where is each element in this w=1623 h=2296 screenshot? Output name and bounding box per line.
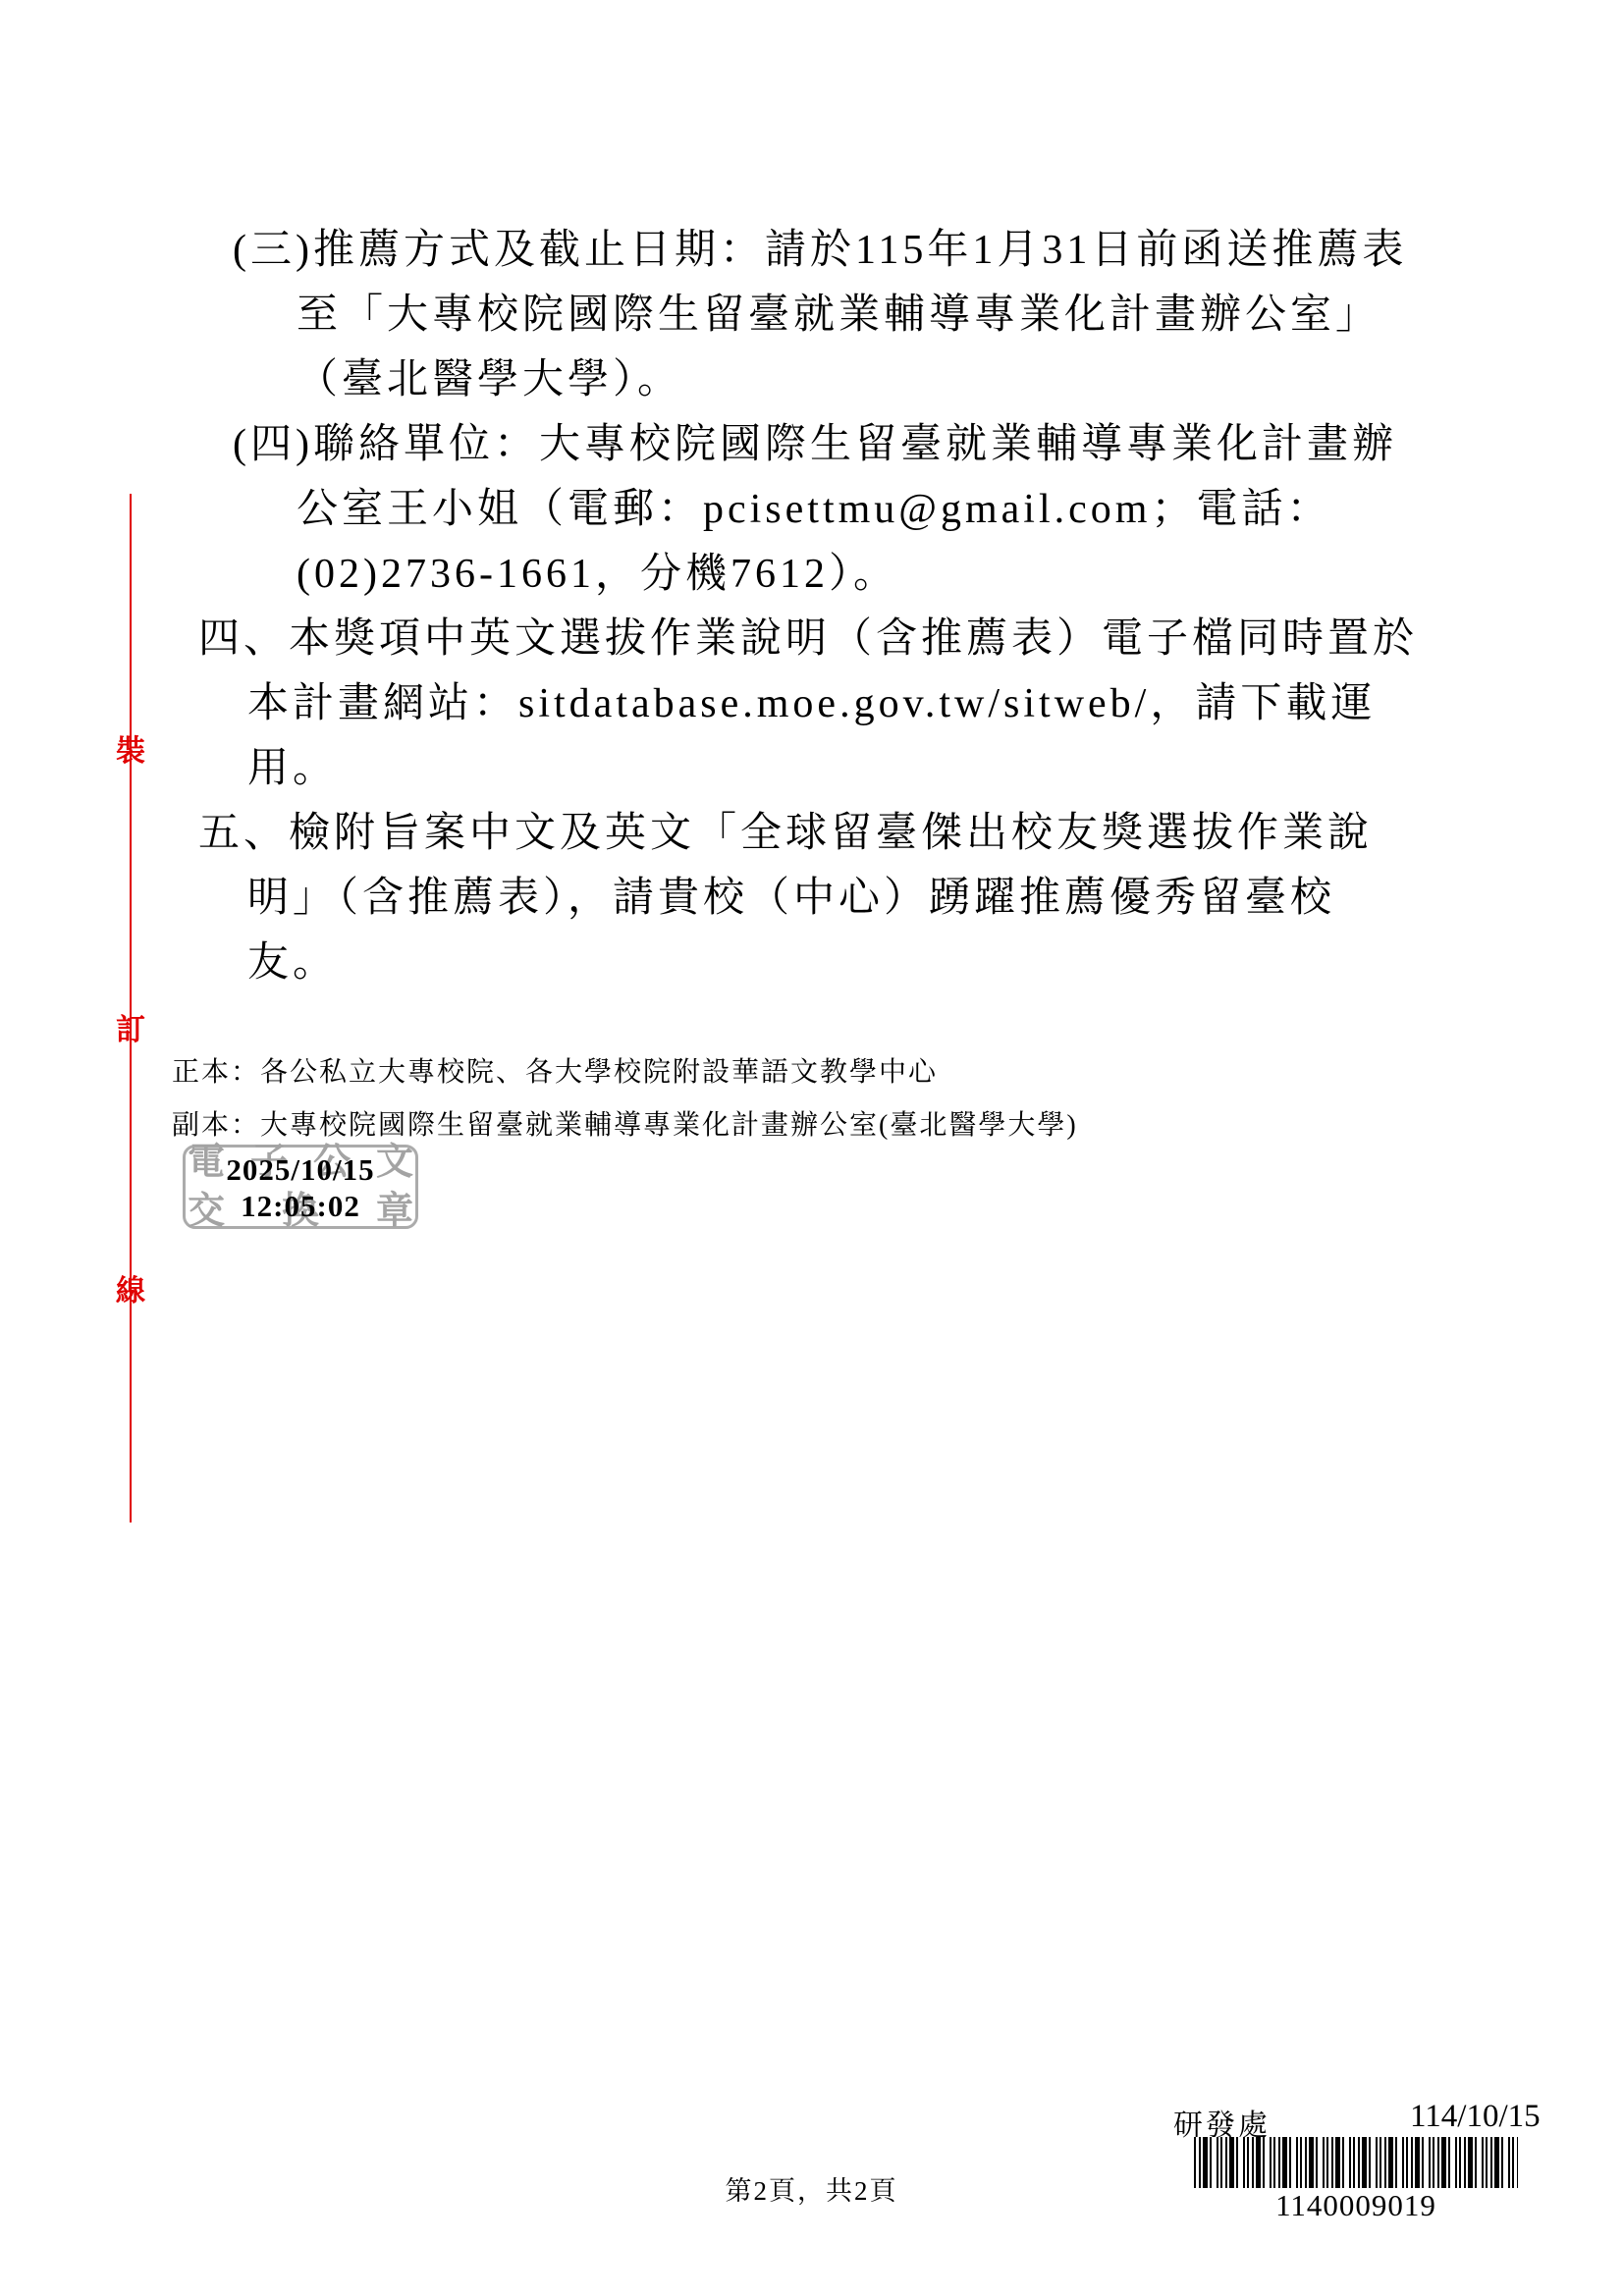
official-document-page: 裝 訂 線 (三)推薦方式及截止日期：請於115年1月31日前函送推薦表 至「大…: [0, 0, 1623, 2296]
binding-char-xian: 線: [116, 1274, 145, 1309]
document-body: (三)推薦方式及截止日期：請於115年1月31日前函送推薦表 至「大專校院國際生…: [0, 218, 1623, 995]
body-line: 五、檢附旨案中文及英文「全球留臺傑出校友獎選拔作業說: [0, 801, 1623, 866]
body-line: 至「大專校院國際生留臺就業輔導專業化計畫辦公室」: [0, 283, 1623, 347]
stamp-date: 2025/10/15: [186, 1151, 415, 1188]
stamp-datetime: 2025/10/15 12:05:02: [186, 1151, 415, 1224]
body-line: (三)推薦方式及截止日期：請於115年1月31日前函送推薦表: [0, 218, 1623, 283]
body-line: 四、本獎項中英文選拔作業說明（含推薦表）電子檔同時置於: [0, 607, 1623, 671]
stamp-time: 12:05:02: [186, 1188, 415, 1224]
electronic-exchange-stamp: 電 子 公 文 交 換 章 2025/10/15 12:05:02: [183, 1145, 418, 1229]
body-line: 明」（含推薦表），請貴校（中心）踴躍推薦優秀留臺校: [0, 866, 1623, 931]
body-line: (四)聯絡單位：大專校院國際生留臺就業輔導專業化計畫辦: [0, 412, 1623, 477]
page-number: 第2頁，共2頁: [0, 2169, 1623, 2208]
binding-char-ding: 訂: [116, 1013, 145, 1048]
footer-date: 114/10/15: [1410, 2099, 1541, 2135]
body-line: (02)2736-1661，分機7612）。: [0, 542, 1623, 607]
body-line: 用。: [0, 736, 1623, 801]
recipient-copy: 副本：大專校院國際生留臺就業輔導專業化計畫辦公室(臺北醫學大學): [172, 1103, 1078, 1143]
recipient-original: 正本：各公私立大專校院、各大學校院附設華語文教學中心: [172, 1050, 938, 1090]
body-line: 本計畫網站：sitdatabase.moe.gov.tw/sitweb/，請下載…: [0, 671, 1623, 736]
body-line: 友。: [0, 931, 1623, 995]
body-line: （臺北醫學大學）。: [0, 347, 1623, 412]
body-line: 公室王小姐（電郵：pcisettmu@gmail.com；電話：: [0, 477, 1623, 542]
